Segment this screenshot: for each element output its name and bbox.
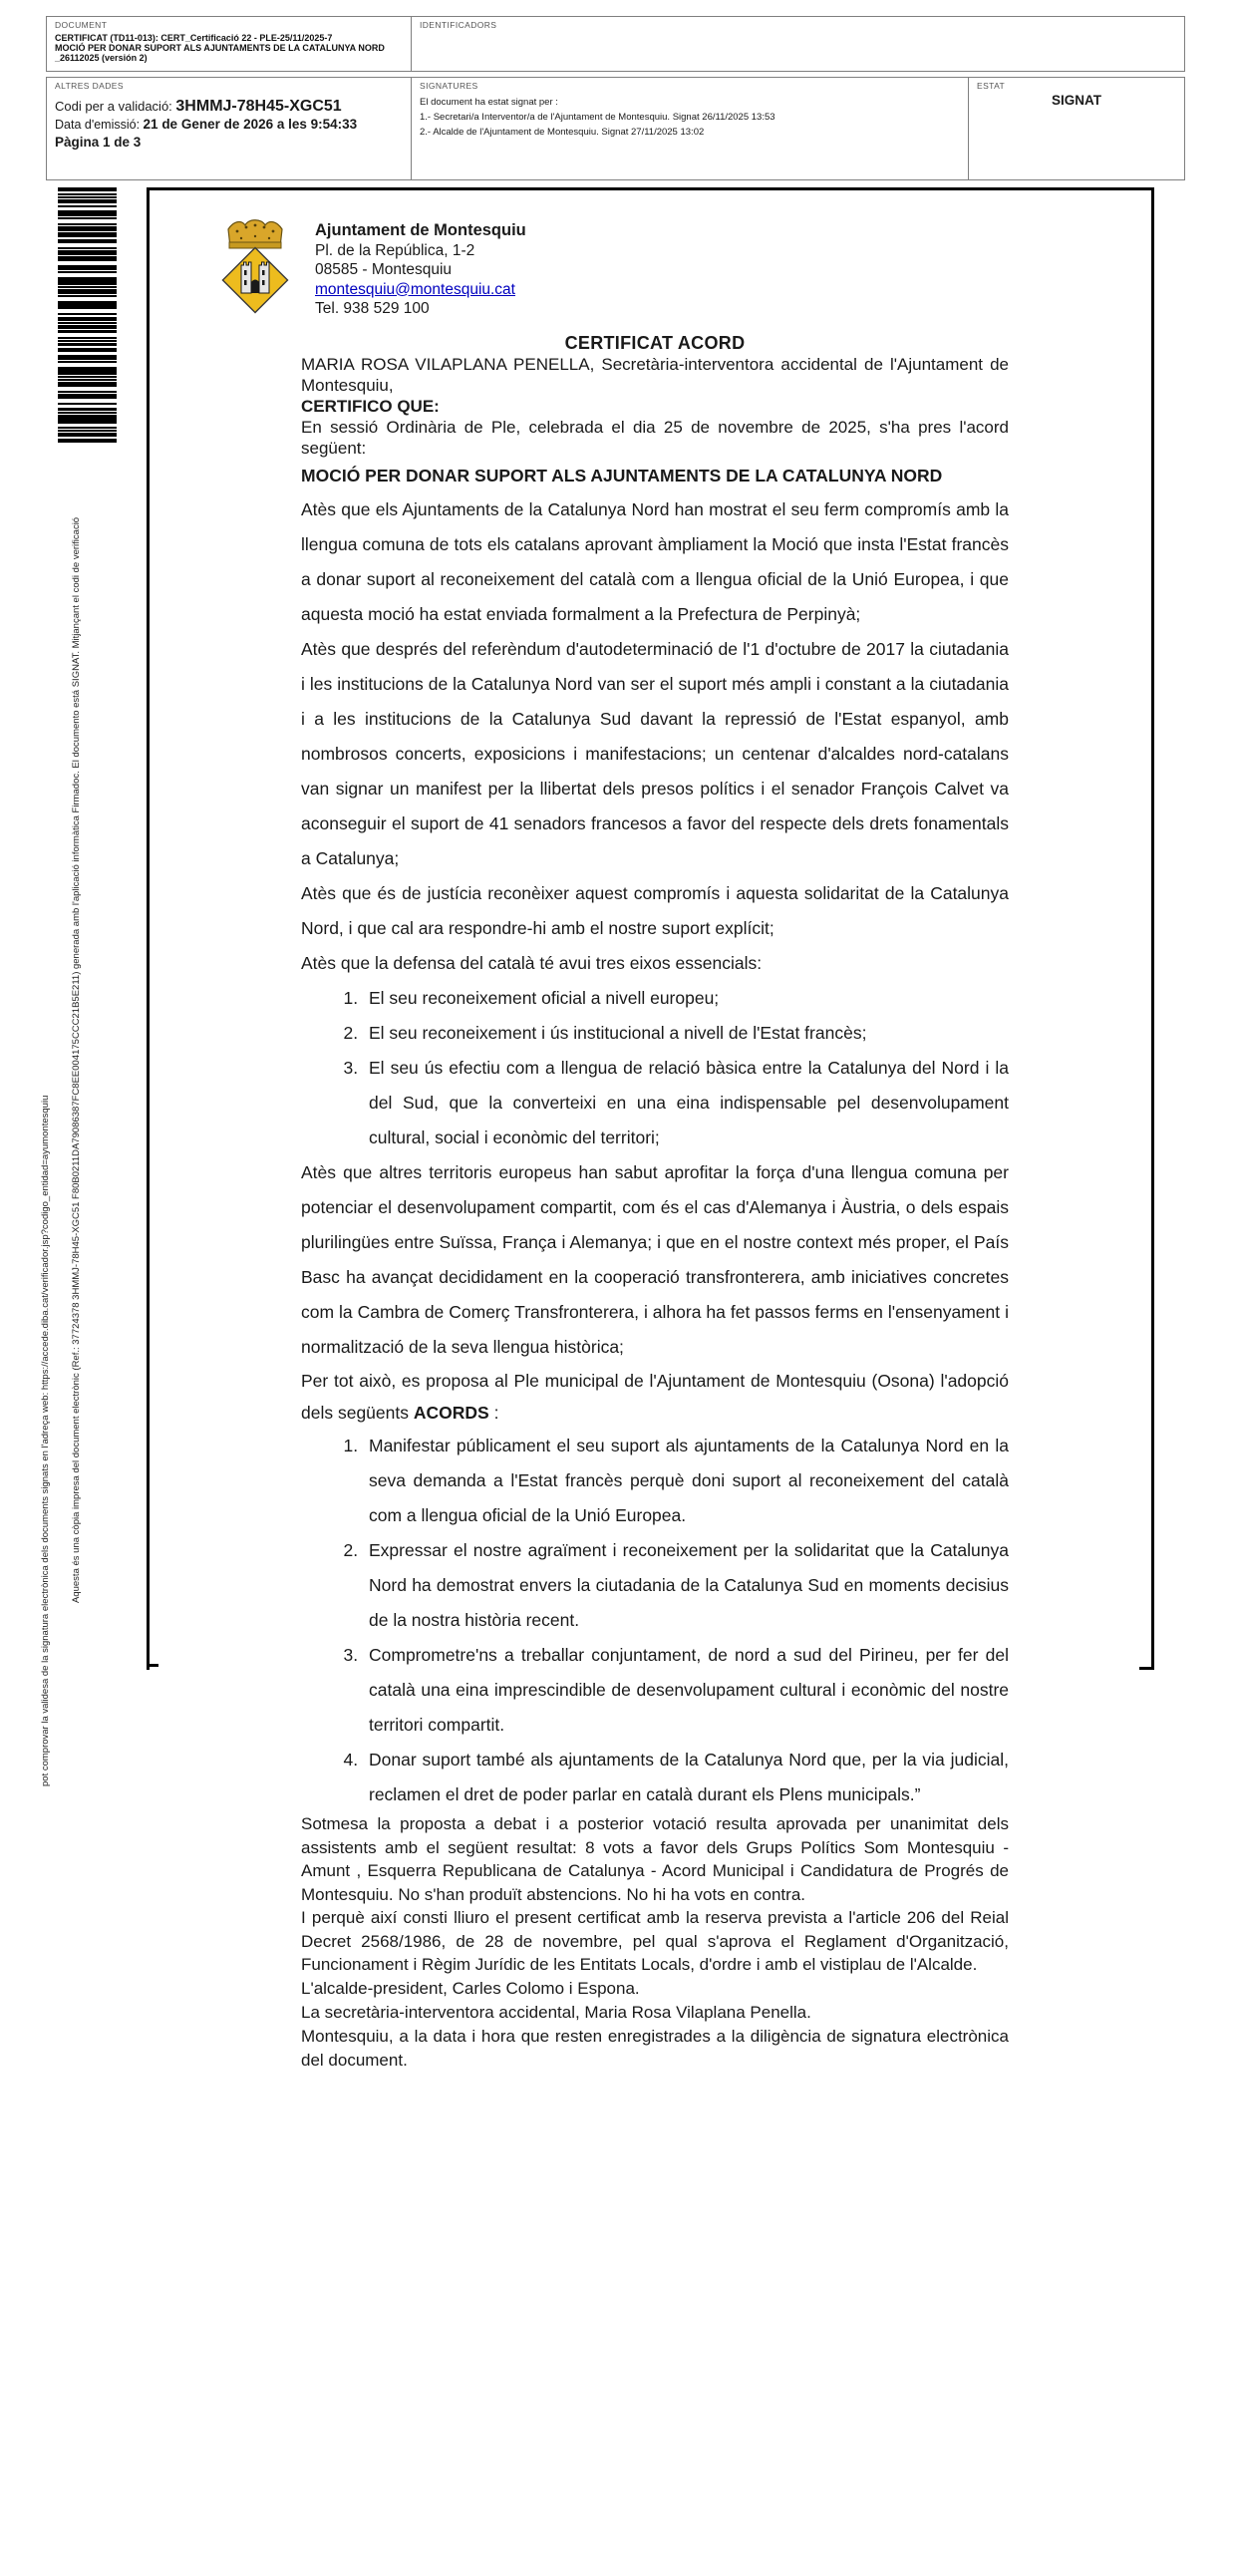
frame-bottom-right-tick xyxy=(1139,1667,1151,1670)
validation-code-line: Codi per a validació: 3HMMJ-78H45-XGC51 xyxy=(55,98,403,116)
mayor-sign-line: L'alcalde-president, Carles Colomo i Esp… xyxy=(301,1977,1009,2001)
document-cell: DOCUMENT CERTIFICAT (TD11-013): CERT_Cer… xyxy=(47,17,412,71)
signatures-label: SIGNATURES xyxy=(420,81,960,91)
page-number: Pàgina 1 de 3 xyxy=(55,134,403,151)
verification-text-line1: Aquesta és una còpia impresa del documen… xyxy=(71,517,82,1603)
altres-dades-cell: ALTRES DADES Codi per a validació: 3HMMJ… xyxy=(47,78,412,179)
emission-date-value: 21 de Gener de 2026 a les 9:54:33 xyxy=(144,117,358,132)
acord-item: Comprometre'ns a treballar conjuntament,… xyxy=(363,1638,1009,1743)
signatures-cell: SIGNATURES El document ha estat signat p… xyxy=(412,78,969,179)
org-email-link[interactable]: montesquiu@montesquiu.cat xyxy=(315,281,515,298)
acords-word: ACORDS xyxy=(414,1403,489,1423)
signatures-intro: El document ha estat signat per : xyxy=(420,95,960,110)
per-tot-paragraph: Per tot això, es proposa al Ple municipa… xyxy=(301,1365,1009,1429)
acords-list: Manifestar públicament el seu suport als… xyxy=(301,1429,1009,1812)
eixos-item: El seu reconeixement i ús institucional … xyxy=(363,1016,1009,1051)
org-name: Ajuntament de Montesquiu xyxy=(315,221,526,241)
certificate-title: CERTIFICAT ACORD xyxy=(301,332,1009,354)
ates-paragraph-2: Atès que després del referèndum d'autode… xyxy=(301,632,1009,876)
document-line: _26112025 (versión 2) xyxy=(55,53,403,63)
signature-item: 2.- Alcalde de l'Ajuntament de Montesqui… xyxy=(420,125,960,140)
intro-paragraph: MARIA ROSA VILAPLANA PENELLA, Secretària… xyxy=(301,354,1009,396)
letterhead: Ajuntament de Montesquiu Pl. de la Repúb… xyxy=(315,221,526,319)
status-badge: SIGNAT xyxy=(977,93,1176,108)
validation-code-label: Codi per a validació: xyxy=(55,99,175,114)
legal-reserve-paragraph: I perquè així consti lliuro el present c… xyxy=(301,1906,1009,1977)
signature-item: 1.- Secretari/a Interventor/a de l'Ajunt… xyxy=(420,110,960,125)
document-line: CERTIFICAT (TD11-013): CERT_Certificació… xyxy=(55,33,403,43)
eixos-list: El seu reconeixement oficial a nivell eu… xyxy=(301,981,1009,1155)
coat-of-arms-icon xyxy=(215,216,295,321)
barcode xyxy=(58,187,117,443)
session-paragraph: En sessió Ordinària de Ple, celebrada el… xyxy=(301,417,1009,459)
frame-bottom-left-tick xyxy=(147,1664,158,1667)
estat-label: ESTAT xyxy=(977,81,1176,91)
identificadors-cell: IDENTIFICADORS xyxy=(412,17,1184,71)
org-address-line2: 08585 - Montesquiu xyxy=(315,260,526,280)
identificadors-label: IDENTIFICADORS xyxy=(420,20,1176,30)
certificate-page: DOCUMENT CERTIFICAT (TD11-013): CERT_Cer… xyxy=(0,0,1236,2576)
certificate-body: CERTIFICAT ACORD MARIA ROSA VILAPLANA PE… xyxy=(301,332,1009,2073)
date-place-line: Montesquiu, a la data i hora que resten … xyxy=(301,2025,1009,2073)
emission-date-label: Data d'emissió: xyxy=(55,118,144,132)
verification-text-line2: pot comprovar la validesa de la signatur… xyxy=(40,1096,51,1786)
ates-final-paragraph: Atès que altres territoris europeus han … xyxy=(301,1155,1009,1365)
altres-dades-label: ALTRES DADES xyxy=(55,81,403,91)
estat-cell: ESTAT SIGNAT xyxy=(969,78,1184,179)
certifico-heading: CERTIFICO QUE: xyxy=(301,396,1009,417)
ates-paragraph-1: Atès que els Ajuntaments de la Catalunya… xyxy=(301,492,1009,632)
acord-item: Manifestar públicament el seu suport als… xyxy=(363,1429,1009,1533)
per-tot-post: : xyxy=(489,1403,499,1423)
emission-date-line: Data d'emissió: 21 de Gener de 2026 a le… xyxy=(55,116,403,134)
voting-result-paragraph: Sotmesa la proposta a debat i a posterio… xyxy=(301,1812,1009,1906)
org-address-line1: Pl. de la República, 1-2 xyxy=(315,241,526,261)
eixos-item: El seu ús efectiu com a llengua de relac… xyxy=(363,1051,1009,1155)
org-phone: Tel. 938 529 100 xyxy=(315,299,526,319)
document-line: MOCIÓ PER DONAR SUPORT ALS AJUNTAMENTS D… xyxy=(55,43,403,53)
motion-title: MOCIÓ PER DONAR SUPORT ALS AJUNTAMENTS D… xyxy=(301,459,999,492)
header-table-row1: DOCUMENT CERTIFICAT (TD11-013): CERT_Cer… xyxy=(46,16,1185,72)
acord-item: Expressar el nostre agraïment i reconeix… xyxy=(363,1533,1009,1638)
per-tot-pre: Per tot això, es proposa al Ple municipa… xyxy=(301,1371,1009,1423)
defensa-paragraph: Atès que la defensa del català té avui t… xyxy=(301,946,1009,981)
secretary-sign-line: La secretària-interventora accidental, M… xyxy=(301,2001,1009,2025)
header-table-row2: ALTRES DADES Codi per a validació: 3HMMJ… xyxy=(46,77,1185,180)
acord-item: Donar suport també als ajuntaments de la… xyxy=(363,1743,1009,1812)
ates-paragraph-3: Atès que és de justícia reconèixer aques… xyxy=(301,876,1009,946)
validation-code-value: 3HMMJ-78H45-XGC51 xyxy=(175,98,341,115)
eixos-item: El seu reconeixement oficial a nivell eu… xyxy=(363,981,1009,1016)
document-label: DOCUMENT xyxy=(55,20,403,30)
